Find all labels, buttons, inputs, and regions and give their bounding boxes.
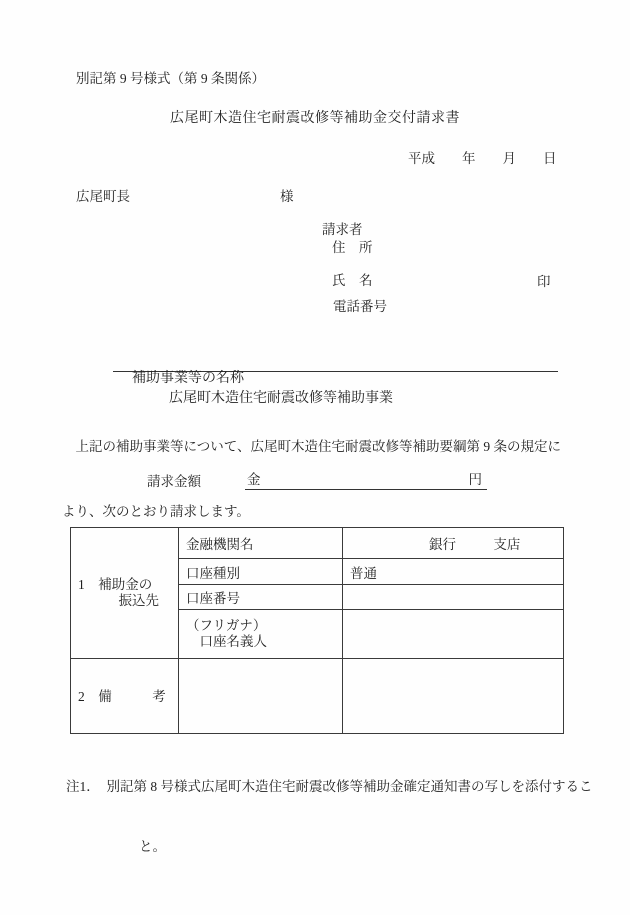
group1-label-line2: 振込先	[78, 593, 178, 609]
requester-heading: 請求者	[322, 218, 363, 238]
footnote-line1: 注1． 別記第 8 号様式広尾町木造住宅耐震改修等補助金確定通知書の写しを添付す…	[66, 777, 593, 797]
account-number-label-cell: 口座番号	[179, 585, 343, 610]
bank-name-label: 金融機関名	[186, 537, 254, 552]
group1-label-line1: 1 補助金の	[78, 577, 178, 593]
body-paragraph-line1: 上記の補助事業等について、広尾町木造住宅耐震改修等補助要綱第 9 条の規定に	[62, 436, 561, 458]
bank-name-label-cell: 金融機関名	[179, 528, 343, 559]
table-row: 2 備 考	[71, 659, 564, 734]
remarks-cell-right	[343, 659, 564, 734]
footnote: 注1． 別記第 8 号様式広尾町木造住宅耐震改修等補助金確定通知書の写しを添付す…	[66, 737, 593, 897]
form-number: 別記第 9 号様式（第 9 条関係）	[76, 67, 265, 87]
document-page: 別記第 9 号様式（第 9 条関係） 広尾町木造住宅耐震改修等補助金交付請求書 …	[0, 0, 630, 915]
account-number-value-cell	[343, 585, 564, 610]
branch-word: 支店	[493, 537, 520, 552]
addressee-name: 広尾町長	[76, 185, 130, 205]
amount-suffix-en-word: 円	[469, 468, 483, 489]
account-holder-value-cell	[343, 610, 564, 659]
bank-word: 銀行	[429, 537, 456, 552]
account-holder-label: 口座名義人	[186, 634, 342, 650]
seal-mark-label: 印	[537, 270, 551, 290]
amount-label: 請求金額	[147, 470, 201, 490]
account-type-value: 普通	[350, 566, 377, 581]
amount-prefix-yen-word: 金	[247, 468, 261, 489]
program-name-label: 補助事業等の名称	[132, 371, 244, 386]
amount-blank-field: 金 円	[245, 468, 487, 490]
account-number-label: 口座番号	[186, 591, 240, 606]
footnote-line2: と。	[66, 837, 593, 857]
program-name-line: 補助事業等の名称 広尾町木造住宅耐震改修等補助事業	[113, 351, 558, 372]
addressee-honorific: 様	[280, 185, 294, 205]
page-title: 広尾町木造住宅耐震改修等補助金交付請求書	[0, 107, 630, 127]
body-paragraph-line2: より、次のとおり請求します。	[62, 501, 561, 523]
remarks-cell-left	[179, 659, 343, 734]
bank-name-value-cell: 銀行 支店	[343, 528, 564, 559]
account-holder-label-cell: （フリガナ） 口座名義人	[179, 610, 343, 659]
date-line: 平成 年 月 日	[408, 147, 557, 167]
remarks-label-cell: 2 備 考	[71, 659, 179, 734]
requester-name-label: 氏 名	[332, 269, 373, 289]
requester-phone-label: 電話番号	[333, 295, 387, 315]
transfer-account-table: 1 補助金の 振込先 金融機関名 銀行 支店 口座種別 普通	[70, 527, 564, 734]
account-type-value-cell: 普通	[343, 559, 564, 585]
requester-address-label: 住 所	[332, 236, 373, 256]
group1-label-cell: 1 補助金の 振込先	[71, 528, 179, 659]
furigana-label: （フリガナ）	[186, 618, 342, 634]
table-row: 1 補助金の 振込先 金融機関名 銀行 支店	[71, 528, 564, 559]
account-type-label: 口座種別	[186, 566, 240, 581]
account-type-label-cell: 口座種別	[179, 559, 343, 585]
